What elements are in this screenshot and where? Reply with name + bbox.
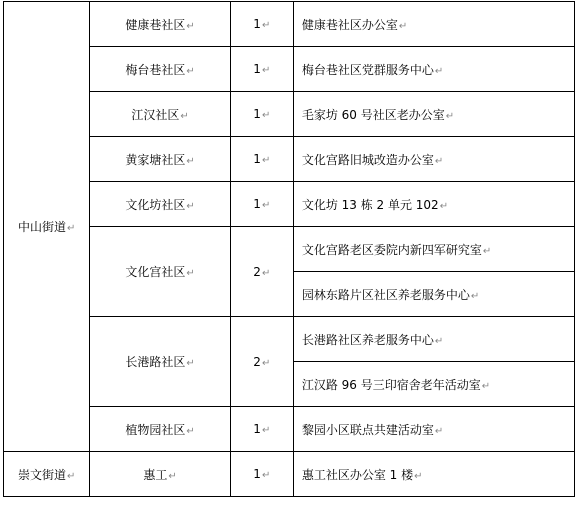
location-text: 惠工社区办公室 1 楼 <box>302 468 413 482</box>
location-cell: 黎园小区联点共建活动室↵ <box>293 407 574 452</box>
location-cell: 健康巷社区办公室↵ <box>293 2 574 47</box>
location-cell: 梅台巷社区党群服务中心↵ <box>293 47 574 92</box>
community-cell: 江汉社区↵ <box>90 92 230 137</box>
paragraph-mark-icon: ↵ <box>262 65 270 76</box>
location-text: 健康巷社区办公室 <box>302 18 398 32</box>
location-text: 毛家坊 60 号社区老办公室 <box>302 108 445 122</box>
community-name: 植物园社区 <box>125 423 185 437</box>
community-name: 江汉社区 <box>131 108 179 122</box>
paragraph-mark-icon: ↵ <box>180 111 188 122</box>
count-cell: 1↵ <box>230 137 293 182</box>
paragraph-mark-icon: ↵ <box>262 470 270 481</box>
community-name: 文化坊社区 <box>125 198 185 212</box>
location-text: 江汉路 96 号三印宿舍老年活动室 <box>302 378 481 392</box>
count-cell: 1↵ <box>230 407 293 452</box>
table-row: 长港路社区↵ 2↵ 长港路社区养老服务中心↵ <box>4 317 575 362</box>
community-name: 长港路社区 <box>125 355 185 369</box>
paragraph-mark-icon: ↵ <box>186 201 194 212</box>
table-row: 文化坊社区↵ 1↵ 文化坊 13 栋 2 单元 102↵ <box>4 182 575 227</box>
count-value: 2 <box>253 355 261 369</box>
count-value: 1 <box>253 152 261 166</box>
community-name: 健康巷社区 <box>125 18 185 32</box>
count-value: 1 <box>253 422 261 436</box>
location-text: 园林东路片区社区养老服务中心 <box>302 288 470 302</box>
location-cell: 毛家坊 60 号社区老办公室↵ <box>293 92 574 137</box>
paragraph-mark-icon: ↵ <box>186 21 194 32</box>
count-cell: 1↵ <box>230 2 293 47</box>
location-text: 黎园小区联点共建活动室 <box>302 423 434 437</box>
count-cell: 1↵ <box>230 182 293 227</box>
paragraph-mark-icon: ↵ <box>186 156 194 167</box>
count-cell: 2↵ <box>230 317 293 407</box>
location-text: 文化宫路老区委院内新四军研究室 <box>302 243 482 257</box>
paragraph-mark-icon: ↵ <box>262 358 270 369</box>
table-row: 中山街道↵ 健康巷社区↵ 1↵ 健康巷社区办公室↵ <box>4 2 575 47</box>
paragraph-mark-icon: ↵ <box>262 425 270 436</box>
location-text: 文化宫路旧城改造办公室 <box>302 153 434 167</box>
paragraph-mark-icon: ↵ <box>262 20 270 31</box>
paragraph-mark-icon: ↵ <box>414 471 422 482</box>
paragraph-mark-icon: ↵ <box>483 246 491 257</box>
community-name: 黄家塘社区 <box>125 153 185 167</box>
table-row: 崇文街道↵ 惠工↵ 1↵ 惠工社区办公室 1 楼↵ <box>4 452 575 497</box>
location-text: 文化坊 13 栋 2 单元 102 <box>302 198 439 212</box>
paragraph-mark-icon: ↵ <box>262 110 270 121</box>
count-cell: 1↵ <box>230 452 293 497</box>
street-cell: 中山街道↵ <box>4 2 90 452</box>
location-cell: 文化坊 13 栋 2 单元 102↵ <box>293 182 574 227</box>
community-cell: 黄家塘社区↵ <box>90 137 230 182</box>
paragraph-mark-icon: ↵ <box>186 358 194 369</box>
paragraph-mark-icon: ↵ <box>399 21 407 32</box>
location-cell: 惠工社区办公室 1 楼↵ <box>293 452 574 497</box>
community-name: 惠工 <box>143 468 167 482</box>
table-row: 梅台巷社区↵ 1↵ 梅台巷社区党群服务中心↵ <box>4 47 575 92</box>
count-value: 1 <box>253 197 261 211</box>
community-cell: 健康巷社区↵ <box>90 2 230 47</box>
table-row: 江汉社区↵ 1↵ 毛家坊 60 号社区老办公室↵ <box>4 92 575 137</box>
street-name: 中山街道 <box>18 220 66 234</box>
paragraph-mark-icon: ↵ <box>186 426 194 437</box>
count-cell: 1↵ <box>230 47 293 92</box>
paragraph-mark-icon: ↵ <box>262 155 270 166</box>
location-cell: 文化宫路旧城改造办公室↵ <box>293 137 574 182</box>
paragraph-mark-icon: ↵ <box>262 268 270 279</box>
paragraph-mark-icon: ↵ <box>435 66 443 77</box>
count-value: 2 <box>253 265 261 279</box>
paragraph-mark-icon: ↵ <box>435 336 443 347</box>
paragraph-mark-icon: ↵ <box>435 426 443 437</box>
street-name: 崇文街道 <box>18 468 66 482</box>
community-cell: 文化宫社区↵ <box>90 227 230 317</box>
community-location-table: 中山街道↵ 健康巷社区↵ 1↵ 健康巷社区办公室↵ 梅台巷社区↵ 1↵ 梅台巷社… <box>3 1 575 497</box>
table-row: 文化宫社区↵ 2↵ 文化宫路老区委院内新四军研究室↵ <box>4 227 575 272</box>
paragraph-mark-icon: ↵ <box>262 200 270 211</box>
paragraph-mark-icon: ↵ <box>435 156 443 167</box>
table-row: 黄家塘社区↵ 1↵ 文化宫路旧城改造办公室↵ <box>4 137 575 182</box>
count-value: 1 <box>253 467 261 481</box>
paragraph-mark-icon: ↵ <box>446 111 454 122</box>
community-cell: 长港路社区↵ <box>90 317 230 407</box>
table-row: 植物园社区↵ 1↵ 黎园小区联点共建活动室↵ <box>4 407 575 452</box>
paragraph-mark-icon: ↵ <box>168 471 176 482</box>
community-cell: 植物园社区↵ <box>90 407 230 452</box>
count-value: 1 <box>253 17 261 31</box>
paragraph-mark-icon: ↵ <box>186 268 194 279</box>
paragraph-mark-icon: ↵ <box>471 291 479 302</box>
location-cell: 文化宫路老区委院内新四军研究室↵ <box>293 227 574 272</box>
location-cell: 园林东路片区社区养老服务中心↵ <box>293 272 574 317</box>
street-cell: 崇文街道↵ <box>4 452 90 497</box>
location-cell: 长港路社区养老服务中心↵ <box>293 317 574 362</box>
count-cell: 1↵ <box>230 92 293 137</box>
community-cell: 惠工↵ <box>90 452 230 497</box>
community-cell: 文化坊社区↵ <box>90 182 230 227</box>
community-name: 文化宫社区 <box>125 265 185 279</box>
location-cell: 江汉路 96 号三印宿舍老年活动室↵ <box>293 362 574 407</box>
paragraph-mark-icon: ↵ <box>67 471 75 482</box>
location-text: 长港路社区养老服务中心 <box>302 333 434 347</box>
location-text: 梅台巷社区党群服务中心 <box>302 63 434 77</box>
community-cell: 梅台巷社区↵ <box>90 47 230 92</box>
count-value: 1 <box>253 107 261 121</box>
community-name: 梅台巷社区 <box>125 63 185 77</box>
paragraph-mark-icon: ↵ <box>440 201 448 212</box>
count-cell: 2↵ <box>230 227 293 317</box>
paragraph-mark-icon: ↵ <box>67 223 75 234</box>
paragraph-mark-icon: ↵ <box>186 66 194 77</box>
paragraph-mark-icon: ↵ <box>482 381 490 392</box>
count-value: 1 <box>253 62 261 76</box>
